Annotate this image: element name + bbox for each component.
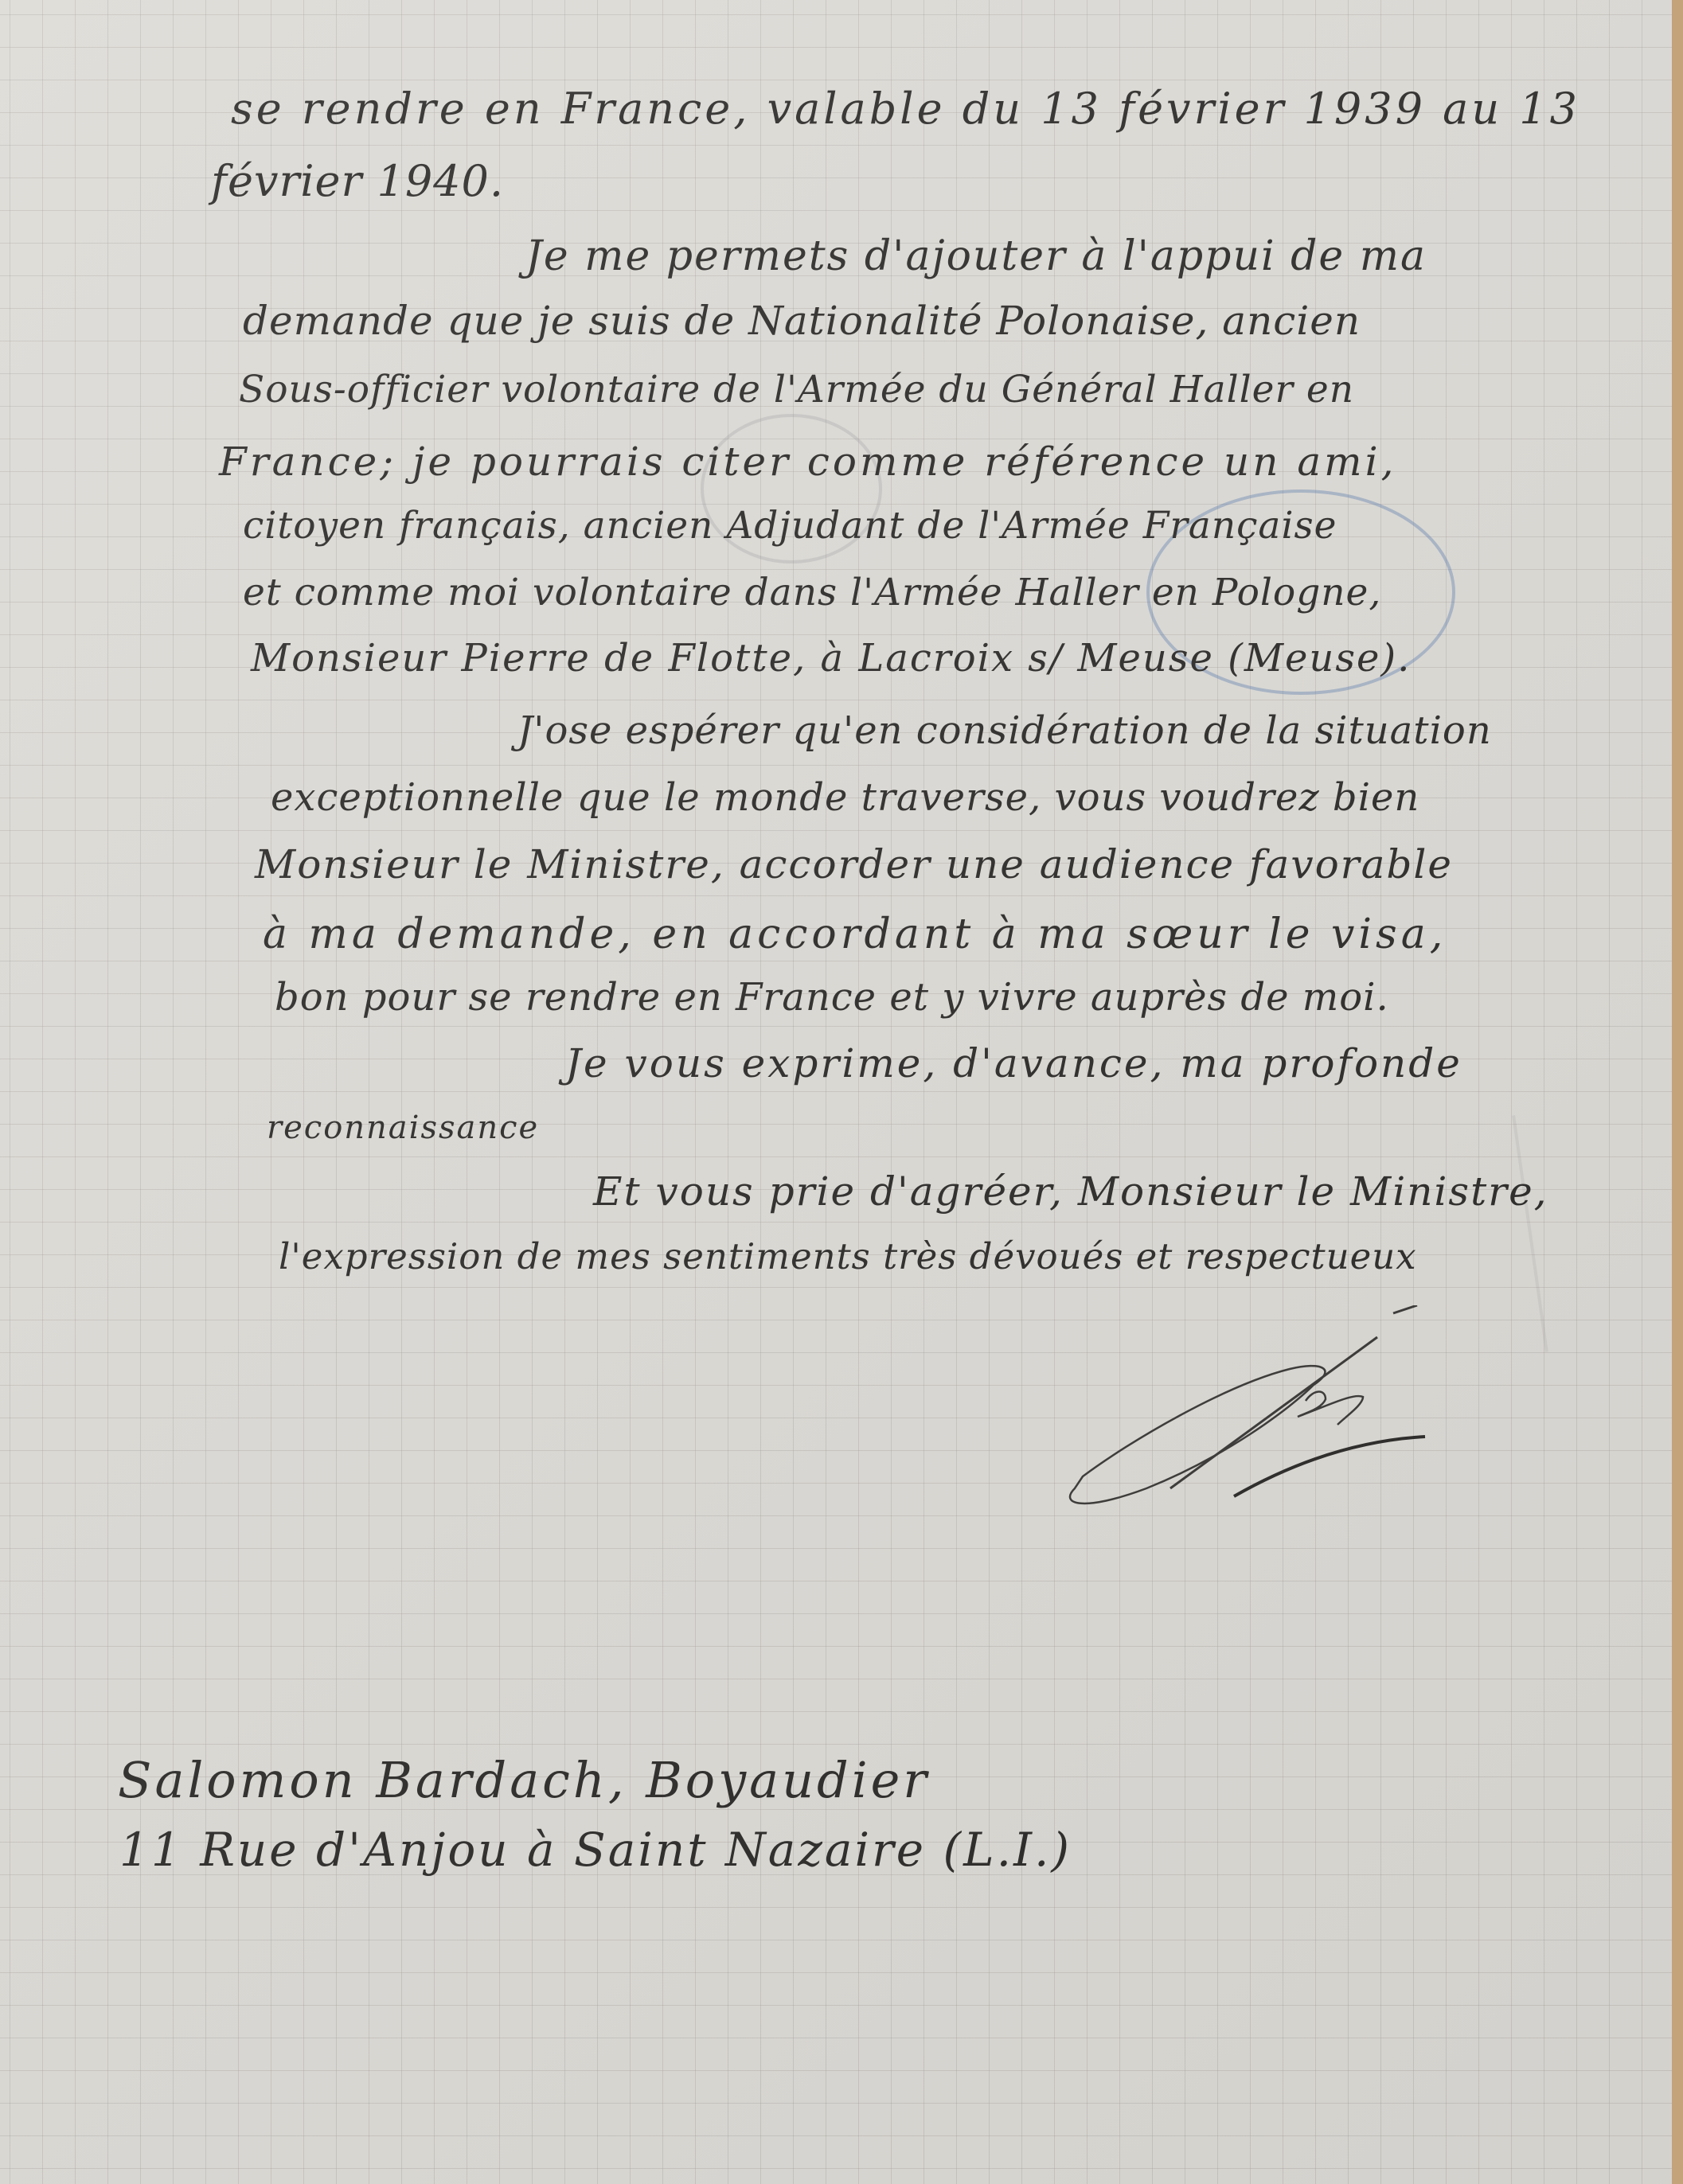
body-line-2: février 1940.	[211, 156, 504, 206]
body-line-11: exceptionnelle que le monde traverse, vo…	[271, 775, 1419, 820]
body-line-3: Je me permets d'ajouter à l'appui de ma	[525, 232, 1427, 280]
sender-address: 11 Rue d'Anjou à Saint Nazaire (L.I.)	[119, 1823, 1072, 1877]
body-line-1: se rendre en France, valable du 13 févri…	[231, 84, 1580, 134]
body-line-16: reconnaissance	[267, 1110, 539, 1146]
body-line-12: Monsieur le Ministre, accorder une audie…	[255, 841, 1453, 887]
body-line-7: citoyen français, ancien Adjudant de l'A…	[243, 504, 1337, 548]
body-line-13: à ma demande, en accordant à ma sœur le …	[263, 911, 1447, 958]
body-line-6: France; je pourrais citer comme référenc…	[219, 439, 1396, 485]
signature	[1051, 1305, 1465, 1528]
letter-page: se rendre en France, valable du 13 févri…	[0, 0, 1672, 2184]
body-line-17: Et vous prie d'agréer, Monsieur le Minis…	[593, 1168, 1548, 1215]
body-line-18: l'expression de mes sentiments très dévo…	[279, 1235, 1417, 1277]
body-line-8: et comme moi volontaire dans l'Armée Hal…	[243, 571, 1381, 614]
body-line-15: Je vous exprime, d'avance, ma profonde	[565, 1040, 1462, 1086]
body-line-10: J'ose espérer qu'en considération de la …	[517, 708, 1492, 753]
paper-fold-mark	[1512, 1115, 1548, 1352]
body-line-14: bon pour se rendre en France et y vivre …	[275, 975, 1389, 1020]
body-line-5: Sous-officier volontaire de l'Armée du G…	[239, 368, 1354, 411]
body-line-4: demande que je suis de Nationalité Polon…	[243, 298, 1361, 344]
sender-name: Salomon Bardach, Boyaudier	[118, 1751, 930, 1809]
body-line-9: Monsieur Pierre de Flotte, à Lacroix s/ …	[251, 636, 1411, 681]
